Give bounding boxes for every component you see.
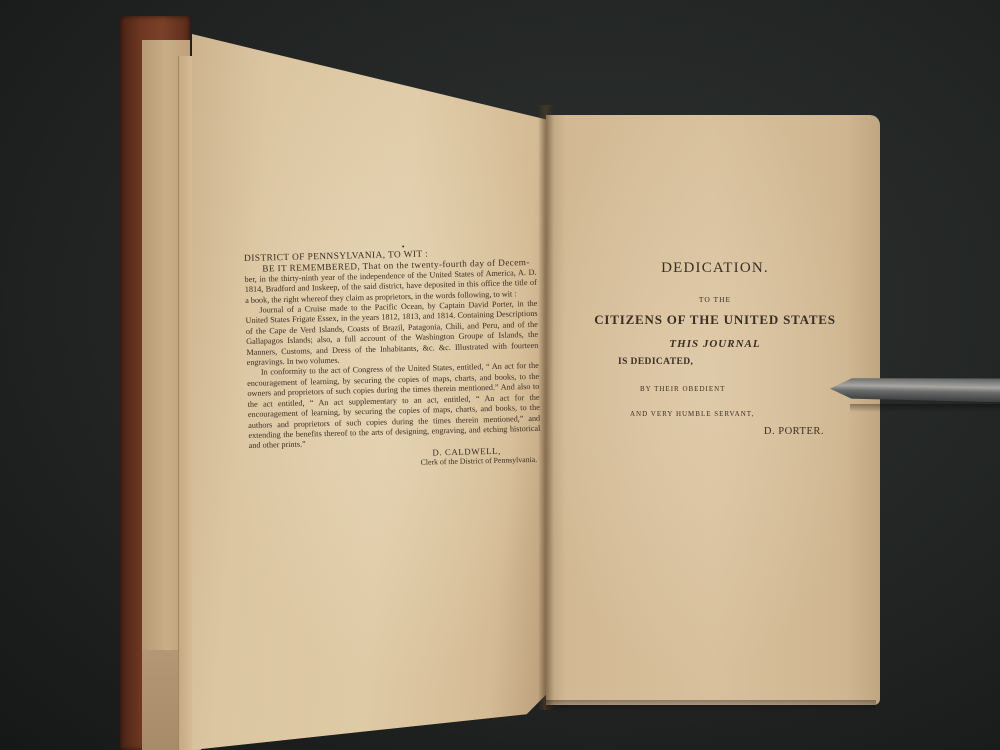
- dedication-title: DEDICATION.: [560, 260, 870, 277]
- dedication-by-their: BY THEIR OBEDIENT: [560, 385, 870, 393]
- copyright-notice: • DISTRICT OF PENNSYLVANIA, to wit : BE …: [244, 247, 541, 473]
- dedication: DEDICATION. TO THE CITIZENS OF THE UNITE…: [560, 260, 870, 437]
- book-gutter: [538, 105, 554, 710]
- dedication-signature: D. PORTER.: [560, 426, 870, 437]
- dedication-servant: AND VERY HUMBLE SERVANT,: [560, 410, 870, 418]
- book-title-paragraph: Journal of a Cruise made to the Pacific …: [245, 299, 538, 369]
- book-photo: • DISTRICT OF PENNSYLVANIA, to wit : BE …: [0, 0, 1000, 750]
- metal-pointer: [830, 375, 1000, 402]
- ornament: •: [402, 242, 405, 252]
- dedication-is-dedicated: IS DEDICATED,: [560, 357, 870, 367]
- pointer-shadow: [850, 404, 1000, 412]
- dedication-to-the: TO THE: [560, 295, 870, 304]
- page-shadow: [546, 700, 876, 712]
- congress-act-paragraph: In conformity to the act of Congress of …: [247, 361, 541, 451]
- dedication-citizens: CITIZENS OF THE UNITED STATES: [560, 312, 870, 328]
- dedication-journal: THIS JOURNAL: [560, 338, 870, 350]
